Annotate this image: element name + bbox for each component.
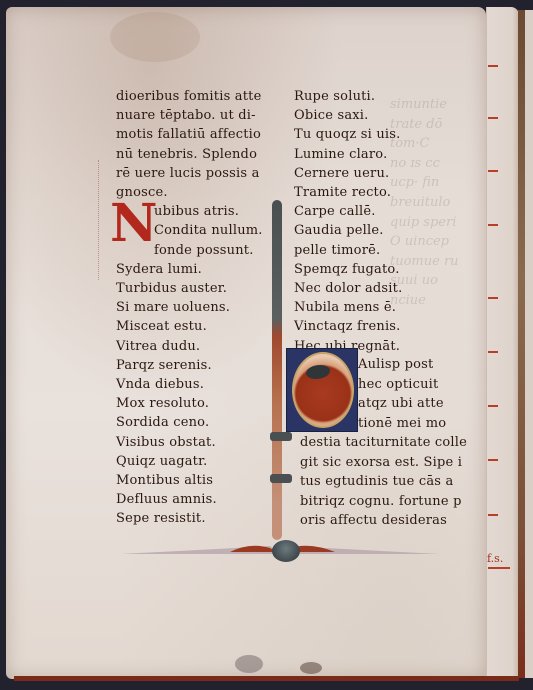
text-line: git sic exorsa est. Sipe i: [300, 453, 467, 473]
text-line: rē uere lucis possis a: [116, 164, 263, 183]
text-line: Rupe soluti.: [294, 87, 402, 106]
text-line: Nec dolor adsit.: [294, 279, 402, 298]
text-line: Carpe callē.: [294, 202, 402, 221]
ruling-prick-mark: [488, 405, 498, 407]
text-line: atqz ubi atte: [300, 394, 467, 414]
binding-edge: [518, 10, 525, 678]
text-line: Lumine claro.: [294, 145, 402, 164]
ruling-prick-mark: [488, 224, 498, 226]
text-line: bitriqz cognu. fortune p: [300, 492, 467, 512]
text-line: ubibus atris.: [116, 202, 263, 221]
ruling-prick-mark: [488, 117, 498, 119]
text-line: nuare tēptabo. ut di-: [116, 106, 263, 125]
text-line: tionē mei mo: [300, 414, 467, 434]
text-line: Aulisp post: [300, 355, 467, 375]
text-line: Quiqz uagatr.: [116, 452, 263, 471]
water-stain: [235, 655, 263, 673]
page-fold-margin: [486, 7, 519, 679]
catchword: f.s.: [487, 552, 503, 565]
initial-p-stem: [272, 200, 282, 540]
text-line: Visibus obstat.: [116, 433, 263, 452]
bottom-binding-edge: [14, 676, 519, 681]
text-line: Sydera lumi.: [116, 260, 263, 279]
text-line: Turbidus auster.: [116, 279, 263, 298]
text-line: Sordida ceno.: [116, 413, 263, 432]
text-line: oris affectu desideras: [300, 511, 467, 531]
text-line: pelle timorē.: [294, 241, 402, 260]
ruling-prick-mark: [488, 297, 498, 299]
text-line: Tramite recto.: [294, 183, 402, 202]
text-line: Tu quoqz si uis.: [294, 125, 402, 144]
text-line: Parqz serenis.: [116, 356, 263, 375]
left-text-column: dioeribus fomitis atte nuare tēptabo. ut…: [116, 87, 263, 529]
next-leaf-edge: [525, 10, 533, 678]
ruling-prick-mark: [488, 170, 498, 172]
text-line: dioeribus fomitis atte: [116, 87, 263, 106]
text-line: motis fallatiū affectio: [116, 125, 263, 144]
stem-ornament: [270, 474, 292, 483]
text-line: Vnda diebus.: [116, 375, 263, 394]
ruling-prick-mark: [488, 459, 498, 461]
text-line: Spemqz fugato.: [294, 260, 402, 279]
text-line: Vinctaqz frenis.: [294, 317, 402, 336]
text-line: Condita nullum.: [116, 221, 263, 240]
water-stain: [300, 662, 322, 674]
text-line: Vitrea dudu.: [116, 337, 263, 356]
prose-text-block: Aulisp post hec opticuit atqz ubi atte t…: [300, 355, 467, 531]
text-line: Obice saxi.: [294, 106, 402, 125]
text-line: Mox resoluto.: [116, 394, 263, 413]
text-line: Misceat estu.: [116, 317, 263, 336]
text-line: destia taciturnitate colle: [300, 433, 467, 453]
text-line: gnosce.: [116, 183, 263, 202]
ruling-prick-mark: [488, 351, 498, 353]
text-line: Cernere ueru.: [294, 164, 402, 183]
text-line: Nubila mens ē.: [294, 298, 402, 317]
text-line: hec opticuit: [300, 375, 467, 395]
text-line: fonde possunt.: [116, 241, 263, 260]
text-line: nū tenebris. Splendo: [116, 145, 263, 164]
ruling-prick-mark: [488, 65, 498, 67]
text-line: tus egtudinis tue cās a: [300, 472, 467, 492]
ruling-prick-mark: [488, 567, 510, 569]
right-verse-column: Rupe soluti. Obice saxi. Tu quoqz si uis…: [294, 87, 402, 356]
text-line: Gaudia pelle.: [294, 221, 402, 240]
text-line: Montibus altis: [116, 471, 263, 490]
ruling-prick-mark: [488, 514, 498, 516]
text-line: Si mare uoluens.: [116, 298, 263, 317]
ornament-knob: [272, 540, 300, 562]
water-stain: [110, 12, 200, 62]
stem-ornament: [270, 432, 292, 441]
show-through-text: simuntietrate dōtom·Cno ɪs ccucp· finbre…: [390, 95, 485, 311]
text-line: Sepe resistit.: [116, 509, 263, 528]
text-line: Defluus amnis.: [116, 490, 263, 509]
